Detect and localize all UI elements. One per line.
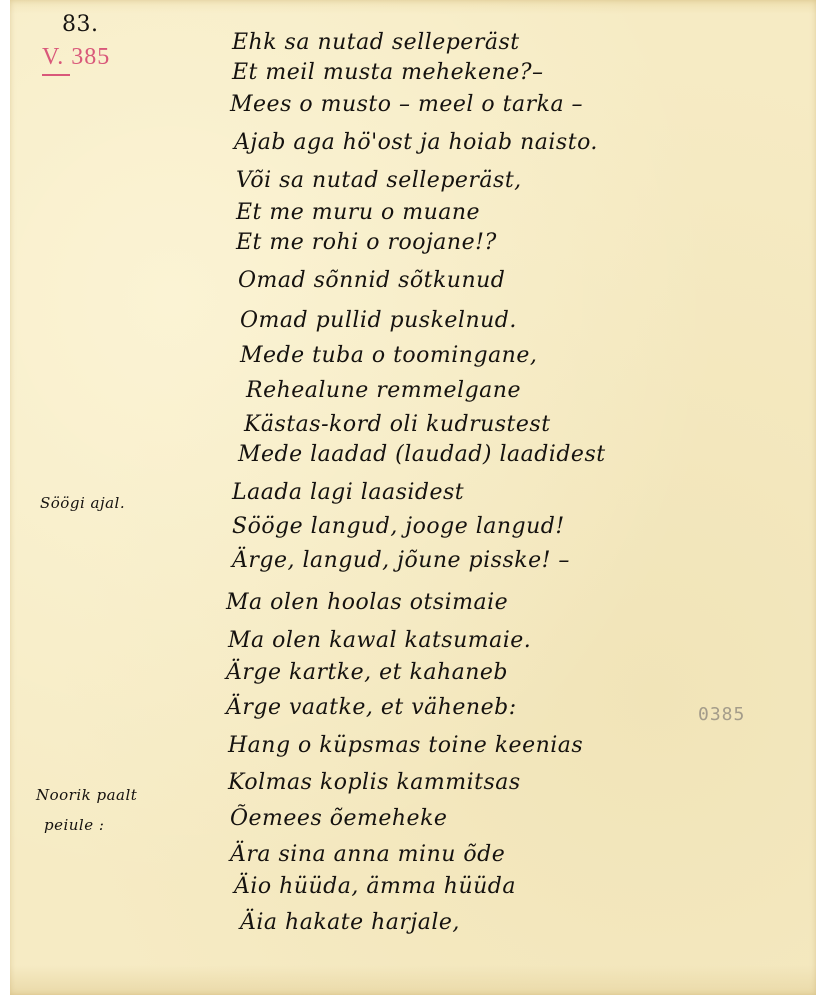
verse-line: Kolmas koplis kammitsas bbox=[228, 770, 521, 795]
verse-line: Laada lagi laasidest bbox=[232, 480, 464, 505]
verse-line: Et me rohi o roojane!? bbox=[236, 230, 497, 255]
verse-line: Äia hakate harjale, bbox=[240, 910, 460, 935]
verse-line: Mede laadad (laudad) laadidest bbox=[238, 442, 606, 467]
verse-line: Ärge vaatke, et vähenеb: bbox=[226, 695, 517, 720]
verse-line: Et me muru o muane bbox=[236, 200, 480, 225]
page-number: 83. bbox=[62, 12, 99, 37]
margin-note-bride-line1: Noorik paalt bbox=[36, 786, 137, 804]
verse-line: Õemees õemeheke bbox=[230, 806, 447, 831]
archive-stamp-number: 0385 bbox=[698, 704, 745, 725]
archive-mark: V. 385 bbox=[42, 44, 110, 71]
margin-note-bride-line2: peiule : bbox=[44, 816, 104, 834]
archive-mark-text: V. 385 bbox=[42, 44, 110, 70]
verse-line: Ehk sa nutad selleperäst bbox=[232, 30, 520, 55]
verse-line: Mede tuba o toomingane, bbox=[240, 343, 537, 368]
verse-line: Ärge kartke, et kahaneb bbox=[226, 660, 508, 685]
verse-line: Või sa nutad selleperäst, bbox=[236, 168, 522, 193]
verse-line: Hang o küpsmas toine keenias bbox=[228, 733, 583, 758]
verse-line: Rehealune remmelgane bbox=[246, 378, 521, 403]
verse-line: Ajab aga hö'ost ja hoiab naisto. bbox=[234, 130, 598, 155]
verse-line: Omad pullid puskelnud. bbox=[240, 308, 517, 333]
verse-line: Ära sina anna minu õde bbox=[230, 842, 505, 867]
verse-line: Ma olen hoolas otsimaie bbox=[226, 590, 508, 615]
archive-mark-underline bbox=[42, 74, 70, 76]
verse-line: Omad sõnnid sõtkunud bbox=[238, 268, 505, 293]
verse-line: Ma olen kawal katsumaie. bbox=[228, 628, 531, 653]
margin-note-meal-time: Söögi ajal. bbox=[40, 494, 125, 512]
verse-line: Et meil musta mehekene?– bbox=[232, 60, 544, 85]
verse-line: Sööge langud, jooge langud! bbox=[232, 514, 565, 539]
verse-line: Kästas-kord oli kudrustest bbox=[244, 412, 551, 437]
verse-line: Äio hüüda, ämma hüüda bbox=[234, 874, 516, 899]
verse-line: Mees o musto – meel o tarka – bbox=[230, 92, 583, 117]
verse-line: Ärge, langud, jõune pisske! – bbox=[232, 548, 570, 573]
